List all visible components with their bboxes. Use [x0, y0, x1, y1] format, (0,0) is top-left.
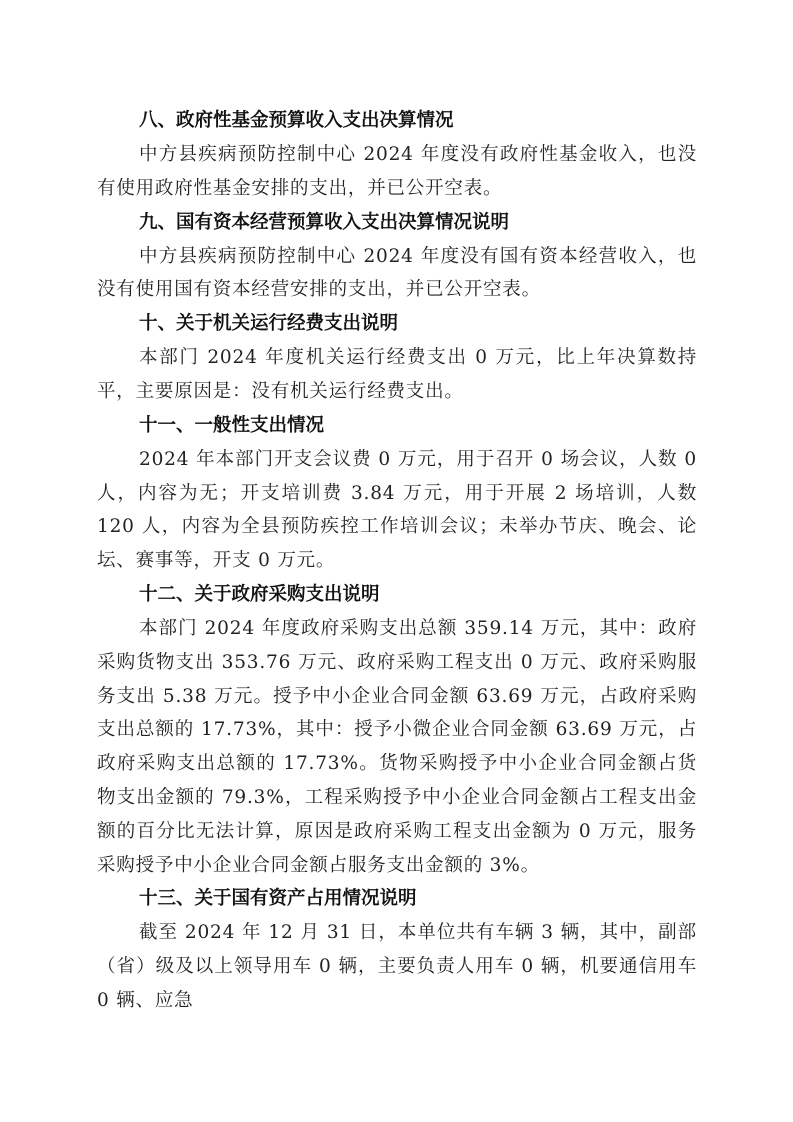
section-heading: 八、政府性基金预算收入支出决算情况: [97, 104, 697, 138]
section-government-procurement: 十二、关于政府采购支出说明 本部门 2024 年度政府采购支出总额 359.14…: [97, 578, 697, 882]
section-paragraph: 中方县疾病预防控制中心 2024 年度没有国有资本经营收入，也没有使用国有资本经…: [97, 240, 697, 308]
document-page: 八、政府性基金预算收入支出决算情况 中方县疾病预防控制中心 2024 年度没有政…: [97, 104, 697, 1018]
section-general-expenses: 十一、一般性支出情况 2024 年本部门开支会议费 0 万元，用于召开 0 场会…: [97, 409, 697, 578]
section-paragraph: 本部门 2024 年度机关运行经费支出 0 万元，比上年决算数持平，主要原因是：…: [97, 341, 697, 409]
section-heading: 九、国有资本经营预算收入支出决算情况说明: [97, 206, 697, 240]
section-paragraph: 本部门 2024 年度政府采购支出总额 359.14 万元，其中：政府采购货物支…: [97, 612, 697, 882]
section-heading: 十二、关于政府采购支出说明: [97, 578, 697, 612]
section-government-fund-budget: 八、政府性基金预算收入支出决算情况 中方县疾病预防控制中心 2024 年度没有政…: [97, 104, 697, 206]
section-heading: 十一、一般性支出情况: [97, 409, 697, 443]
section-agency-operating-expenses: 十、关于机关运行经费支出说明 本部门 2024 年度机关运行经费支出 0 万元，…: [97, 307, 697, 409]
section-state-assets: 十三、关于国有资产占用情况说明 截至 2024 年 12 月 31 日，本单位共…: [97, 882, 697, 1017]
section-state-capital-budget: 九、国有资本经营预算收入支出决算情况说明 中方县疾病预防控制中心 2024 年度…: [97, 206, 697, 308]
section-heading: 十、关于机关运行经费支出说明: [97, 307, 697, 341]
section-paragraph: 中方县疾病预防控制中心 2024 年度没有政府性基金收入，也没有使用政府性基金安…: [97, 138, 697, 206]
section-paragraph: 截至 2024 年 12 月 31 日，本单位共有车辆 3 辆，其中，副部（省）…: [97, 916, 697, 1017]
section-heading: 十三、关于国有资产占用情况说明: [97, 882, 697, 916]
section-paragraph: 2024 年本部门开支会议费 0 万元，用于召开 0 场会议，人数 0 人，内容…: [97, 443, 697, 578]
